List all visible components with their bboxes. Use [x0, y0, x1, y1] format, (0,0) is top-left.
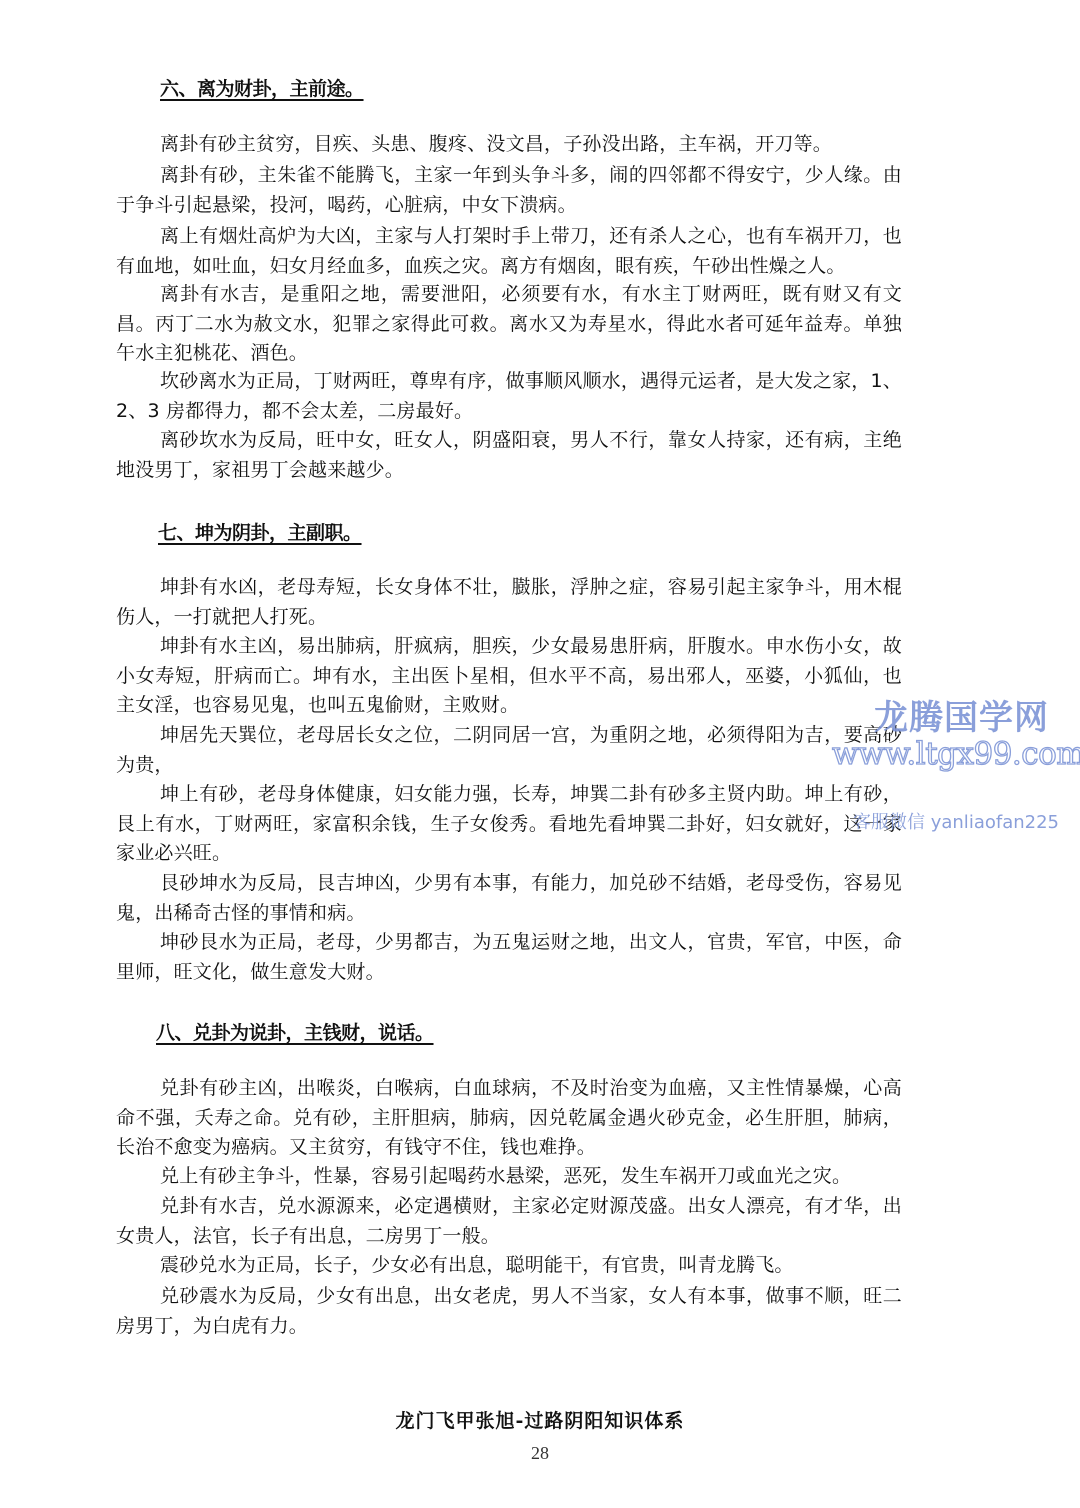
paragraph: 离卦有砂，主朱雀不能腾飞，主家一年到头争斗多，闹的四邻都不得安宁，少人缘。由于争…	[116, 161, 902, 220]
paragraph: 坤上有砂，老母身体健康，妇女能力强，长寿，坤巽二卦有砂多主贤内助。坤上有砂，艮上…	[116, 780, 902, 869]
paragraph: 离砂坎水为反局，旺中女，旺女人，阴盛阳衰，男人不行，靠女人持家，还有病，主绝地没…	[116, 426, 902, 485]
paragraph: 坎砂离水为正局，丁财两旺，尊卑有序，做事顺风顺水，遇得元运者，是大发之家，1、2…	[116, 367, 902, 426]
paragraph: 坤居先天巽位，老母居长女之位，二阴同居一宫，为重阴之地，必须得阳为吉，要高砂为贵…	[116, 721, 902, 780]
paragraph: 离上有烟灶高炉为大凶，主家与人打架时手上带刀，还有杀人之心，也有车祸开刀，也有血…	[116, 222, 902, 281]
watermark-site-name: 龙腾国学网	[874, 690, 1049, 739]
paragraph: 离卦有砂主贫穷，目疾、头患、腹疼、没文昌，子孙没出路，主车祸，开刀等。	[116, 130, 902, 160]
paragraph: 震砂兑水为正局，长子，少女必有出息，聪明能干，有官贵，叫青龙腾飞。	[116, 1251, 902, 1281]
document-page: 六、离为财卦，主前途。 离卦有砂主贫穷，目疾、头患、腹疼、没文昌，子孙没出路，主…	[0, 0, 1080, 1508]
paragraph: 兑上有砂主争斗，性暴，容易引起喝药水悬梁，恶死，发生车祸开刀或血光之灾。	[116, 1162, 902, 1192]
paragraph: 坤砂艮水为正局，老母，少男都吉，为五鬼运财之地，出文人，官贵，军官，中医，命里师…	[116, 928, 902, 987]
footer-title: 龙门飞甲张旭-过路阴阳知识体系	[0, 1406, 1080, 1433]
section-heading-7: 七、坤为阴卦，主副职。	[158, 518, 362, 545]
watermark-url: www.ltgx99.com	[832, 736, 1080, 772]
paragraph: 坤卦有水凶，老母寿短，长女身体不壮，臌胀，浮肿之症，容易引起主家争斗，用木棍伤人…	[116, 573, 902, 632]
paragraph: 艮砂坤水为反局，艮吉坤凶，少男有本事，有能力，加兑砂不结婚，老母受伤，容易见鬼，…	[116, 869, 902, 928]
section-heading-6: 六、离为财卦，主前途。	[160, 74, 364, 101]
paragraph: 坤卦有水主凶，易出肺病，肝疯病，胆疾，少女最易患肝病，肝腹水。申水伤小女，故小女…	[116, 632, 902, 721]
watermark-contact: 客服微信 yanliaofan225	[853, 808, 1059, 834]
paragraph: 兑卦有水吉，兑水源源来，必定遇横财，主家必定财源茂盛。出女人漂亮，有才华，出女贵…	[116, 1192, 902, 1251]
section-heading-8: 八、兑卦为说卦，主钱财，说话。	[156, 1018, 434, 1045]
page-number: 28	[0, 1443, 1080, 1464]
paragraph: 兑卦有砂主凶，出喉炎，白喉病，白血球病，不及时治变为血癌，又主性情暴燥，心高命不…	[116, 1074, 902, 1163]
paragraph: 离卦有水吉，是重阳之地，需要泄阳，必须要有水，有水主丁财两旺，既有财又有文昌。丙…	[116, 280, 902, 369]
paragraph: 兑砂震水为反局，少女有出息，出女老虎，男人不当家，女人有本事，做事不顺，旺二房男…	[116, 1282, 902, 1341]
